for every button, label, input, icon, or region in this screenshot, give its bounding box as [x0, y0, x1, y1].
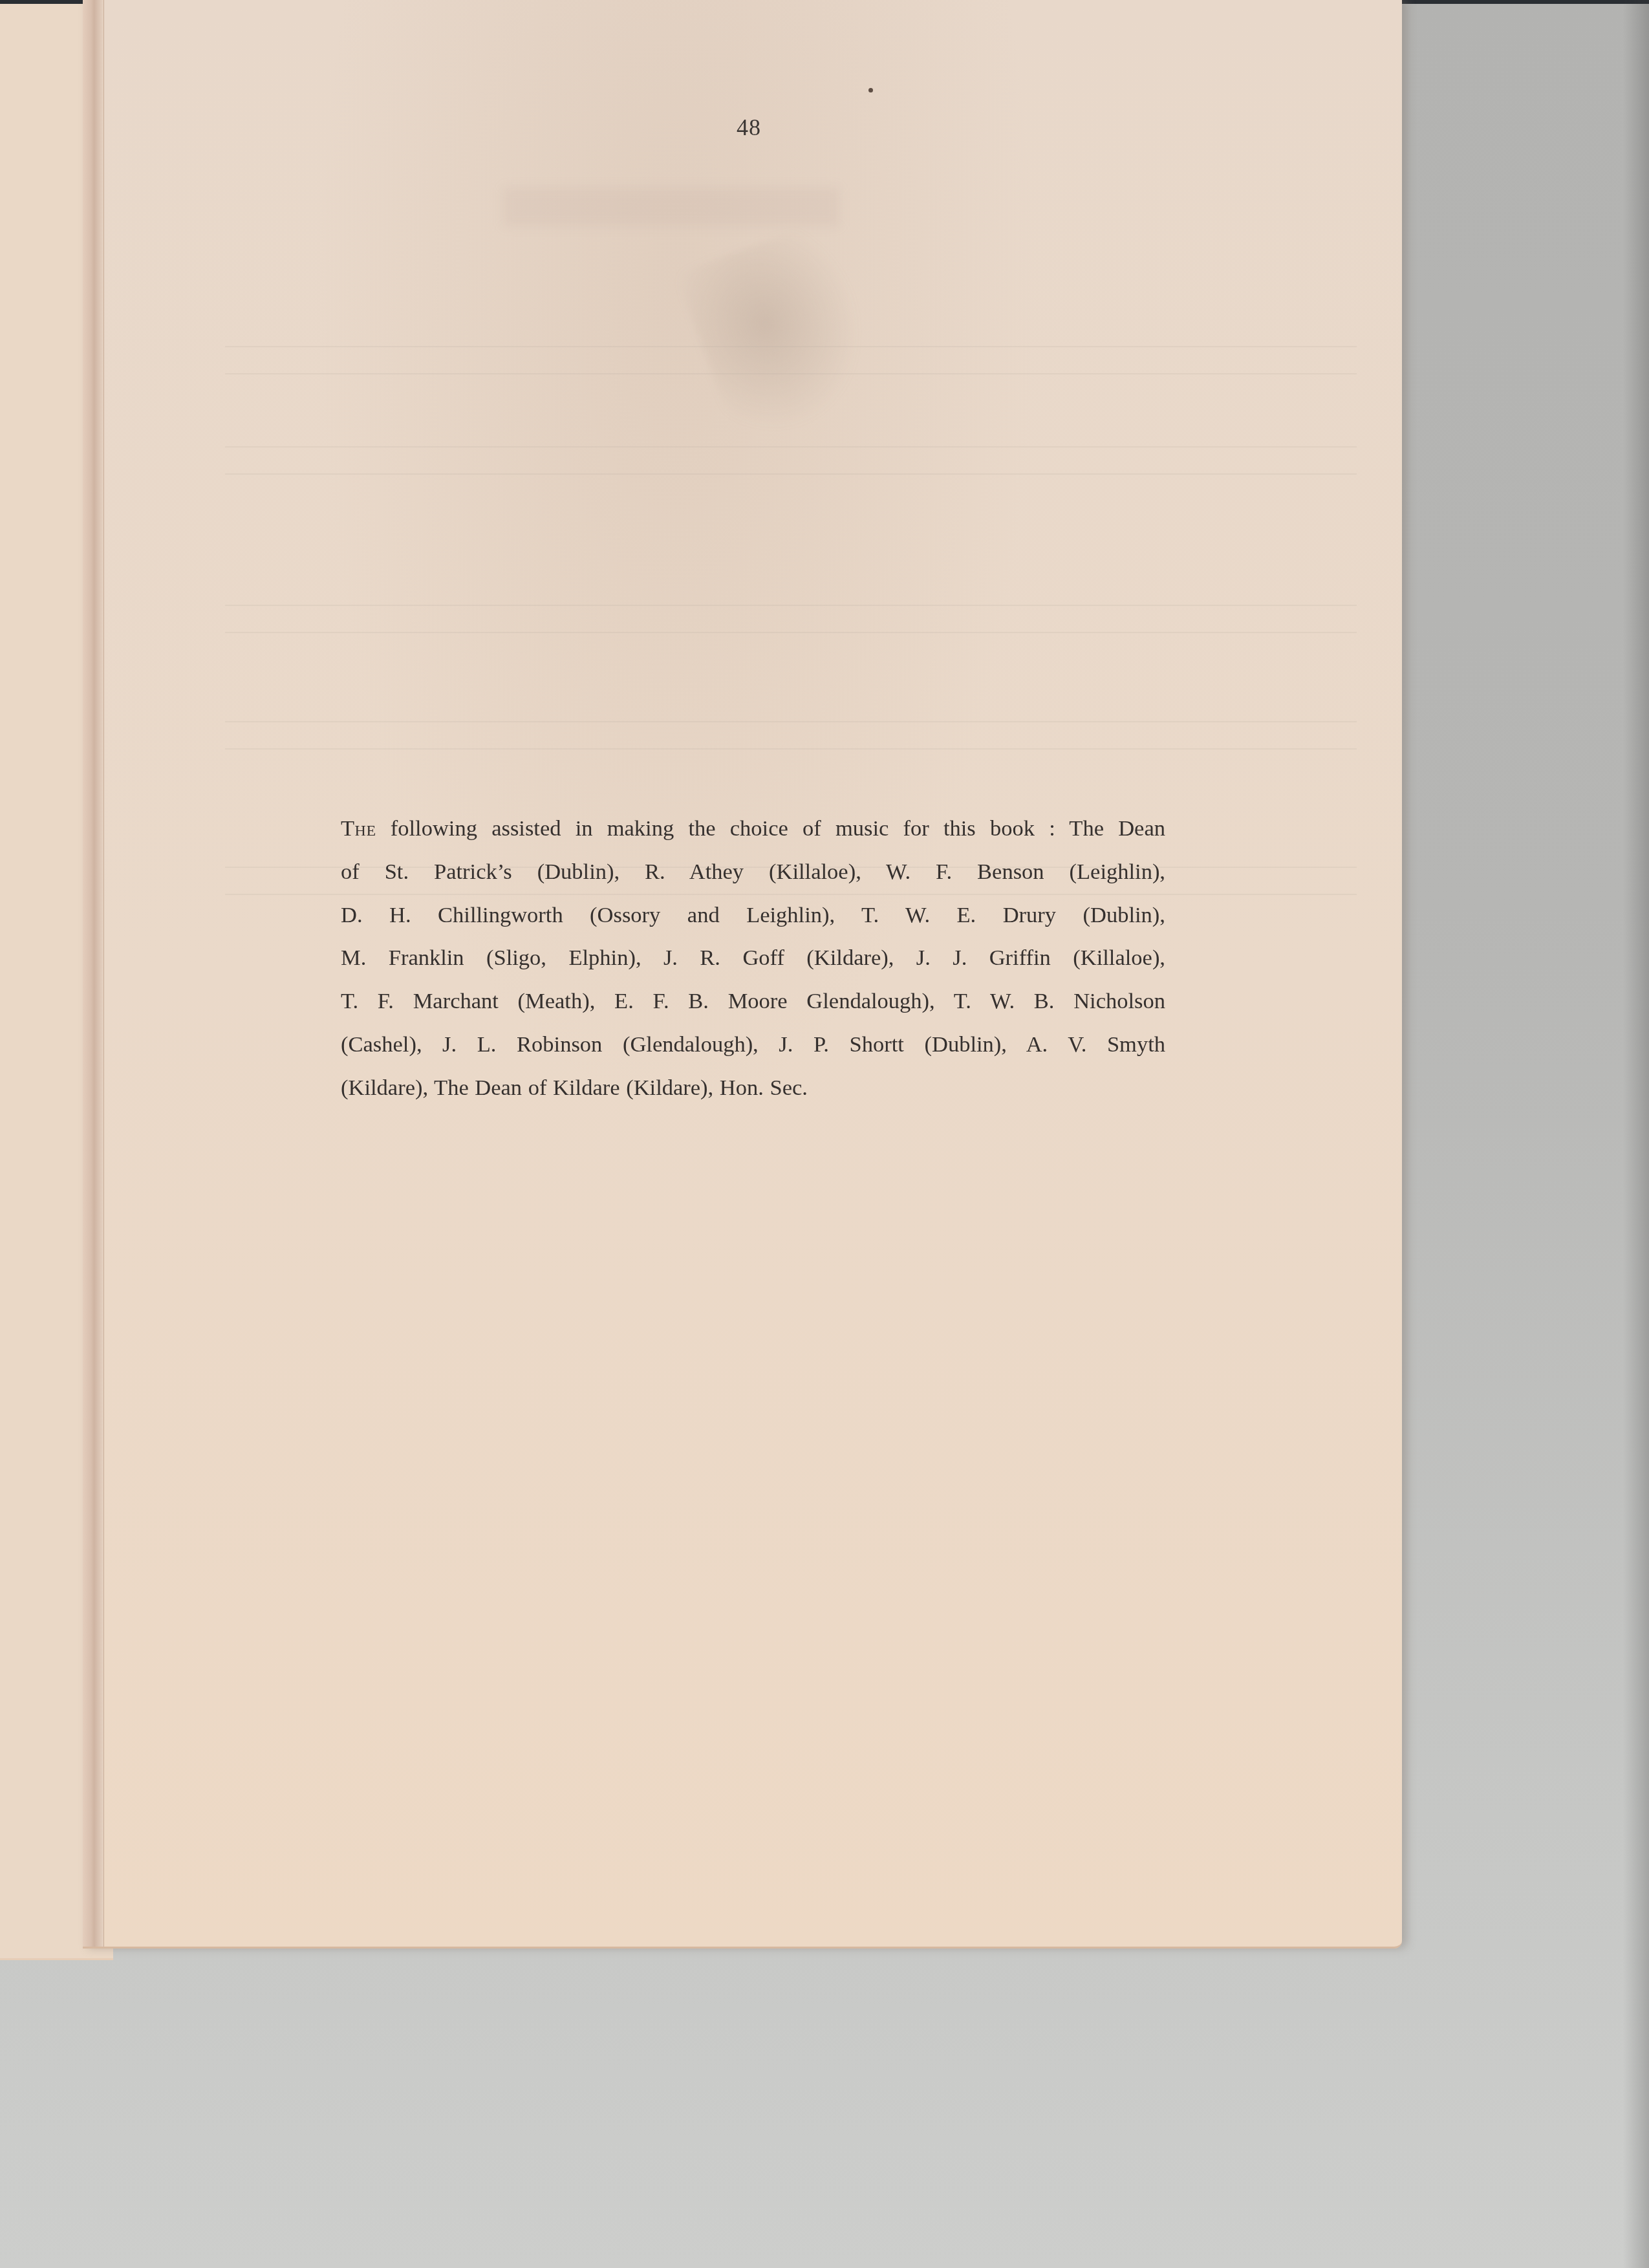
show-through-staff — [225, 605, 1357, 633]
paper-stain — [676, 217, 900, 457]
show-through-heading — [503, 188, 839, 226]
paragraph-line: (Kildare), The Dean of Kildare (Kildare)… — [341, 1066, 1165, 1110]
lead-word: The — [341, 816, 376, 841]
acknowledgement-paragraph: The following assisted in making the cho… — [341, 807, 1165, 1110]
binding-fold — [83, 0, 104, 1947]
paragraph-line: M. Franklin (Sligo, Elphin), J. R. Goff … — [341, 936, 1165, 980]
paragraph-line: D. H. Chillingworth (Ossory and Leighlin… — [341, 894, 1165, 937]
paragraph-line: (Cashel), J. L. Robinson (Glendalough), … — [341, 1023, 1165, 1066]
show-through-staff — [225, 346, 1357, 374]
paragraph-line: The following assisted in making the cho… — [341, 807, 1165, 850]
paragraph-line: T. F. Marchant (Meath), E. F. B. Moore G… — [341, 980, 1165, 1023]
page-number: 48 — [731, 114, 767, 141]
ink-speck — [868, 88, 873, 92]
paragraph-line: of St. Patrick’s (Dublin), R. Athey (Kil… — [341, 850, 1165, 894]
show-through-staff — [225, 446, 1357, 475]
show-through-staff — [225, 721, 1357, 750]
scanner-right-edge — [1623, 0, 1649, 2268]
